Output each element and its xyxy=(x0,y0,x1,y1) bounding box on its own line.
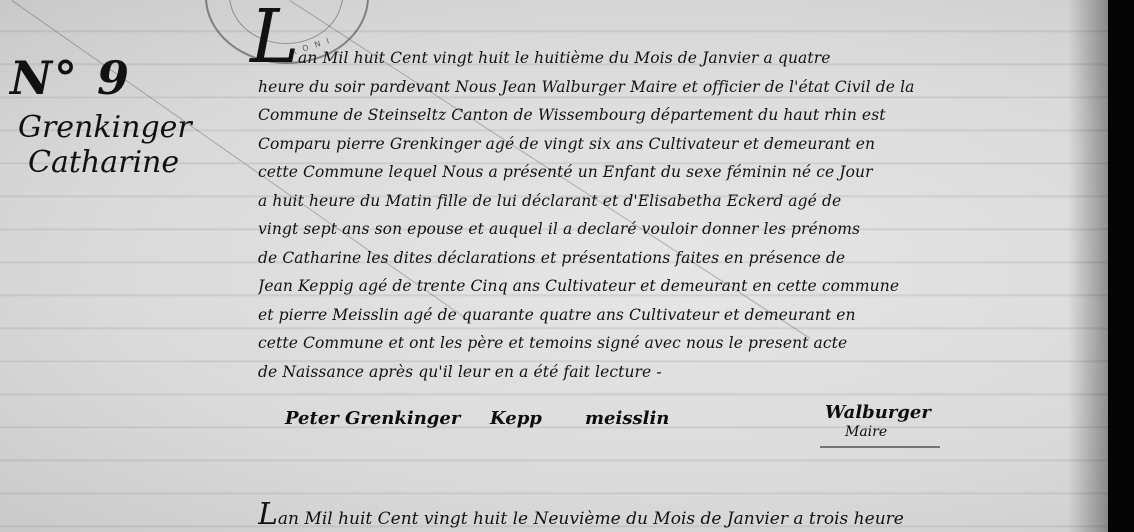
next-record-initial: L xyxy=(258,497,278,532)
record-line: Jean Keppig agé de trente Cinq ans Culti… xyxy=(258,272,1078,301)
record-body: an Mil huit Cent vingt huit le huitième … xyxy=(258,44,1078,386)
document-page: R O N I L N° 9 Grenkinger Catharine an M… xyxy=(0,0,1108,532)
scan-dark-border xyxy=(1108,0,1134,532)
record-number: N° 9 xyxy=(10,50,210,106)
record-line: an Mil huit Cent vingt huit le huitième … xyxy=(258,44,1078,73)
record-line: et pierre Meisslin agé de quarante quatr… xyxy=(258,301,1078,330)
next-record-text: an Mil huit Cent vingt huit le Neuvième … xyxy=(278,509,904,529)
record-line: heure du soir pardevant Nous Jean Walbur… xyxy=(258,73,1078,102)
record-line: de Naissance après qu'il leur en a été f… xyxy=(258,358,1078,387)
record-line: vingt sept ans son epouse et auquel il a… xyxy=(258,215,1078,244)
margin-surname: Grenkinger xyxy=(10,110,210,146)
record-line: cette Commune et ont les père et temoins… xyxy=(258,329,1078,358)
margin-given-name: Catharine xyxy=(10,146,210,180)
record-line: de Catharine les dites déclarations et p… xyxy=(258,244,1078,273)
page-edge-shadow xyxy=(1068,0,1108,532)
signature-father-first: Peter xyxy=(285,408,339,429)
record-line: a huit heure du Matin fille de lui décla… xyxy=(258,187,1078,216)
signature-father-surname: Grenkinger xyxy=(345,408,460,429)
mayor-title: Maire xyxy=(845,424,887,440)
signature-mayor: Walburger xyxy=(825,402,931,423)
record-line: cette Commune lequel Nous a présenté un … xyxy=(258,158,1078,187)
next-record-start: Lan Mil huit Cent vingt huit le Neuvième… xyxy=(258,497,1108,532)
signature-witness-1: Kepp xyxy=(490,408,542,429)
margin-annotation: N° 9 Grenkinger Catharine xyxy=(10,50,210,180)
underline-rule xyxy=(820,446,940,448)
record-line: Comparu pierre Grenkinger agé de vingt s… xyxy=(258,130,1078,159)
signature-witness-2: meisslin xyxy=(585,408,669,429)
record-line: Commune de Steinseltz Canton de Wissembo… xyxy=(258,101,1078,130)
